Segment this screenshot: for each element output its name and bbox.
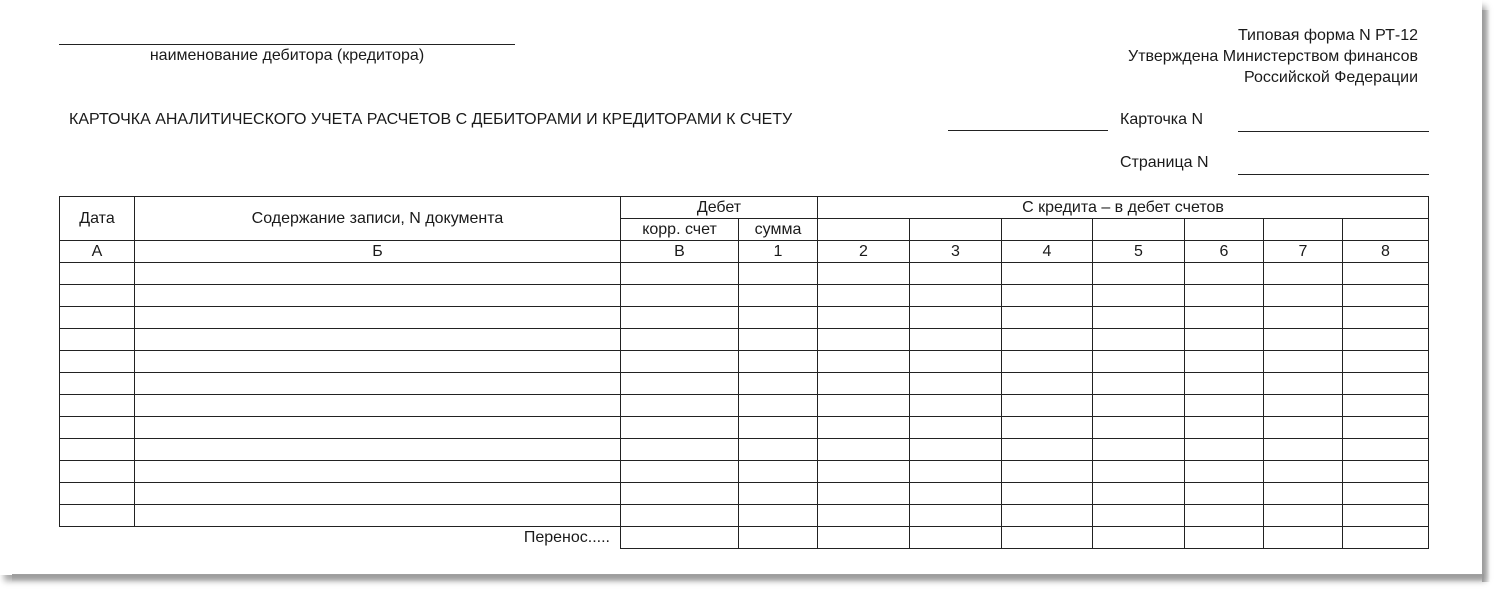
cell-date[interactable] — [60, 373, 135, 395]
cell-credit-6[interactable] — [1185, 417, 1264, 439]
cell-credit-6[interactable] — [1185, 439, 1264, 461]
cell-credit-2[interactable] — [818, 417, 910, 439]
cell-credit-8[interactable] — [1343, 351, 1429, 373]
cell-credit-5[interactable] — [1093, 263, 1185, 285]
cell-content[interactable] — [135, 505, 621, 527]
table-row — [60, 373, 1429, 395]
page-number-field[interactable] — [1238, 174, 1429, 175]
cell-debit-sum[interactable] — [739, 351, 818, 373]
cell-credit-6[interactable] — [1185, 461, 1264, 483]
form-info: Типовая форма N РТ-12 Утверждена Министе… — [1128, 25, 1418, 88]
header-credit-account-4[interactable] — [1002, 219, 1093, 241]
cell-credit-6[interactable] — [1185, 307, 1264, 329]
cell-content[interactable] — [135, 329, 621, 351]
ledger-table: Дата Содержание записи, N документа Дебе… — [59, 196, 1429, 549]
cell-date[interactable] — [60, 351, 135, 373]
header-credit-account-7[interactable] — [1264, 219, 1343, 241]
column-code: 4 — [1002, 241, 1093, 263]
cell-credit-4[interactable] — [1002, 285, 1093, 307]
column-code: 3 — [910, 241, 1002, 263]
cell-credit-4[interactable] — [1002, 395, 1093, 417]
cell-date[interactable] — [60, 263, 135, 285]
cell-debit-sum[interactable] — [739, 505, 818, 527]
table-row — [60, 395, 1429, 417]
card-number-field[interactable] — [1238, 131, 1429, 132]
column-code: В — [621, 241, 739, 263]
cell-debit-sum[interactable] — [739, 439, 818, 461]
column-code: 8 — [1343, 241, 1429, 263]
transfer-cell[interactable] — [1343, 527, 1429, 549]
form-page: наименование дебитора (кредитора) Типова… — [0, 0, 1482, 575]
cell-debit-sum[interactable] — [739, 395, 818, 417]
table-row — [60, 329, 1429, 351]
cell-debit-sum[interactable] — [739, 307, 818, 329]
cell-credit-4[interactable] — [1002, 307, 1093, 329]
cell-credit-6[interactable] — [1185, 285, 1264, 307]
cell-credit-2[interactable] — [818, 307, 910, 329]
cell-date[interactable] — [60, 461, 135, 483]
paper-shadow-bottom — [12, 574, 1484, 582]
cell-date[interactable] — [60, 307, 135, 329]
form-number: Типовая форма N РТ-12 — [1128, 25, 1418, 46]
cell-content[interactable] — [135, 483, 621, 505]
cell-date[interactable] — [60, 285, 135, 307]
header-date: Дата — [60, 197, 135, 241]
cell-content[interactable] — [135, 439, 621, 461]
transfer-cell[interactable] — [1185, 527, 1264, 549]
cell-credit-4[interactable] — [1002, 461, 1093, 483]
cell-credit-6[interactable] — [1185, 373, 1264, 395]
cell-credit-5[interactable] — [1093, 285, 1185, 307]
cell-credit-6[interactable] — [1185, 505, 1264, 527]
card-number-label: Карточка N — [1120, 111, 1203, 129]
cell-credit-4[interactable] — [1002, 263, 1093, 285]
cell-credit-3[interactable] — [910, 483, 1002, 505]
cell-debit-sum[interactable] — [739, 483, 818, 505]
cell-debit-corr-account[interactable] — [621, 461, 739, 483]
cell-debit-corr-account[interactable] — [621, 329, 739, 351]
header-debit-corr-account: корр. счет — [621, 219, 739, 241]
debtor-name-caption: наименование дебитора (кредитора) — [59, 47, 515, 65]
cell-credit-4[interactable] — [1002, 373, 1093, 395]
cell-debit-corr-account[interactable] — [621, 263, 739, 285]
transfer-cell[interactable] — [1093, 527, 1185, 549]
cell-credit-4[interactable] — [1002, 329, 1093, 351]
header-credit-account-3[interactable] — [910, 219, 1002, 241]
column-code: Б — [135, 241, 621, 263]
cell-credit-4[interactable] — [1002, 483, 1093, 505]
header-debit-sum: сумма — [739, 219, 818, 241]
header-credit-account-2[interactable] — [818, 219, 910, 241]
cell-credit-3[interactable] — [910, 505, 1002, 527]
cell-credit-3[interactable] — [910, 417, 1002, 439]
column-code: 5 — [1093, 241, 1185, 263]
cell-credit-5[interactable] — [1093, 373, 1185, 395]
cell-debit-sum[interactable] — [739, 263, 818, 285]
cell-credit-7[interactable] — [1264, 395, 1343, 417]
cell-credit-7[interactable] — [1264, 505, 1343, 527]
transfer-cell[interactable] — [1002, 527, 1093, 549]
column-codes-row: А Б В 1 2 3 4 5 6 7 8 — [60, 241, 1429, 263]
cell-debit-corr-account[interactable] — [621, 285, 739, 307]
transfer-cell[interactable] — [739, 527, 818, 549]
cell-credit-8[interactable] — [1343, 439, 1429, 461]
cell-credit-2[interactable] — [818, 373, 910, 395]
form-approval: Утверждена Министерством финансов — [1128, 46, 1418, 67]
cell-debit-corr-account[interactable] — [621, 439, 739, 461]
cell-date[interactable] — [60, 505, 135, 527]
table-row — [60, 307, 1429, 329]
page-title: КАРТОЧКА АНАЛИТИЧЕСКОГО УЧЕТА РАСЧЕТОВ С… — [69, 111, 792, 129]
cell-credit-2[interactable] — [818, 285, 910, 307]
table-row — [60, 483, 1429, 505]
table-row — [60, 285, 1429, 307]
header-credit-group: С кредита – в дебет счетов — [818, 197, 1429, 219]
column-code: А — [60, 241, 135, 263]
cell-credit-7[interactable] — [1264, 285, 1343, 307]
cell-content[interactable] — [135, 263, 621, 285]
cell-credit-4[interactable] — [1002, 417, 1093, 439]
cell-debit-corr-account[interactable] — [621, 395, 739, 417]
transfer-label: Перенос..... — [135, 527, 621, 549]
cell-credit-6[interactable] — [1185, 395, 1264, 417]
cell-credit-8[interactable] — [1343, 505, 1429, 527]
cell-credit-8[interactable] — [1343, 263, 1429, 285]
cell-credit-3[interactable] — [910, 263, 1002, 285]
cell-content[interactable] — [135, 307, 621, 329]
transfer-cell[interactable] — [910, 527, 1002, 549]
header-content: Содержание записи, N документа — [135, 197, 621, 241]
cell-credit-8[interactable] — [1343, 483, 1429, 505]
debtor-name-field[interactable] — [59, 44, 515, 45]
cell-credit-6[interactable] — [1185, 351, 1264, 373]
column-code: 2 — [818, 241, 910, 263]
header-debit: Дебет — [621, 197, 818, 219]
cell-credit-2[interactable] — [818, 483, 910, 505]
transfer-cell[interactable] — [818, 527, 910, 549]
cell-credit-6[interactable] — [1185, 483, 1264, 505]
transfer-spacer — [60, 527, 135, 549]
cell-credit-3[interactable] — [910, 329, 1002, 351]
cell-debit-sum[interactable] — [739, 285, 818, 307]
page-number-label: Страница N — [1120, 154, 1209, 172]
cell-debit-corr-account[interactable] — [621, 351, 739, 373]
table-row — [60, 505, 1429, 527]
cell-credit-7[interactable] — [1264, 307, 1343, 329]
cell-debit-corr-account[interactable] — [621, 483, 739, 505]
cell-debit-corr-account[interactable] — [621, 505, 739, 527]
cell-debit-sum[interactable] — [739, 373, 818, 395]
cell-content[interactable] — [135, 351, 621, 373]
cell-debit-corr-account[interactable] — [621, 307, 739, 329]
cell-credit-7[interactable] — [1264, 461, 1343, 483]
cell-credit-2[interactable] — [818, 461, 910, 483]
cell-debit-corr-account[interactable] — [621, 373, 739, 395]
paper-shadow-right — [1482, 10, 1490, 582]
cell-content[interactable] — [135, 417, 621, 439]
form-approval-country: Российской Федерации — [1128, 67, 1418, 88]
cell-credit-3[interactable] — [910, 285, 1002, 307]
cell-credit-8[interactable] — [1343, 395, 1429, 417]
cell-credit-2[interactable] — [818, 329, 910, 351]
cell-credit-5[interactable] — [1093, 483, 1185, 505]
table-row — [60, 439, 1429, 461]
cell-credit-5[interactable] — [1093, 461, 1185, 483]
cell-credit-7[interactable] — [1264, 263, 1343, 285]
cell-credit-8[interactable] — [1343, 417, 1429, 439]
cell-content[interactable] — [135, 461, 621, 483]
cell-credit-5[interactable] — [1093, 505, 1185, 527]
header-credit-account-6[interactable] — [1185, 219, 1264, 241]
cell-date[interactable] — [60, 417, 135, 439]
cell-credit-8[interactable] — [1343, 307, 1429, 329]
cell-date[interactable] — [60, 395, 135, 417]
column-code: 1 — [739, 241, 818, 263]
cell-credit-7[interactable] — [1264, 439, 1343, 461]
cell-credit-7[interactable] — [1264, 329, 1343, 351]
cell-date[interactable] — [60, 483, 135, 505]
cell-date[interactable] — [60, 439, 135, 461]
cell-credit-6[interactable] — [1185, 263, 1264, 285]
cell-credit-5[interactable] — [1093, 439, 1185, 461]
column-code: 7 — [1264, 241, 1343, 263]
column-code: 6 — [1185, 241, 1264, 263]
cell-credit-3[interactable] — [910, 351, 1002, 373]
cell-credit-7[interactable] — [1264, 483, 1343, 505]
table-row — [60, 461, 1429, 483]
table-row — [60, 417, 1429, 439]
cell-credit-5[interactable] — [1093, 329, 1185, 351]
cell-credit-3[interactable] — [910, 307, 1002, 329]
cell-credit-3[interactable] — [910, 461, 1002, 483]
cell-credit-4[interactable] — [1002, 439, 1093, 461]
cell-credit-7[interactable] — [1264, 373, 1343, 395]
cell-debit-sum[interactable] — [739, 417, 818, 439]
cell-credit-2[interactable] — [818, 351, 910, 373]
account-number-field[interactable] — [948, 130, 1108, 131]
cell-credit-3[interactable] — [910, 439, 1002, 461]
cell-credit-2[interactable] — [818, 395, 910, 417]
cell-credit-7[interactable] — [1264, 351, 1343, 373]
cell-credit-8[interactable] — [1343, 373, 1429, 395]
cell-credit-2[interactable] — [818, 263, 910, 285]
header-credit-account-8[interactable] — [1343, 219, 1429, 241]
transfer-row: Перенос..... — [60, 527, 1429, 549]
table-row — [60, 351, 1429, 373]
cell-credit-5[interactable] — [1093, 307, 1185, 329]
cell-credit-4[interactable] — [1002, 505, 1093, 527]
cell-credit-5[interactable] — [1093, 395, 1185, 417]
cell-credit-8[interactable] — [1343, 285, 1429, 307]
cell-credit-6[interactable] — [1185, 329, 1264, 351]
cell-debit-sum[interactable] — [739, 329, 818, 351]
transfer-cell[interactable] — [1264, 527, 1343, 549]
cell-content[interactable] — [135, 285, 621, 307]
cell-credit-4[interactable] — [1002, 351, 1093, 373]
cell-debit-sum[interactable] — [739, 461, 818, 483]
cell-credit-7[interactable] — [1264, 417, 1343, 439]
table-row — [60, 263, 1429, 285]
cell-credit-5[interactable] — [1093, 351, 1185, 373]
cell-credit-8[interactable] — [1343, 461, 1429, 483]
cell-credit-2[interactable] — [818, 439, 910, 461]
cell-debit-corr-account[interactable] — [621, 417, 739, 439]
transfer-cell[interactable] — [621, 527, 739, 549]
cell-content[interactable] — [135, 373, 621, 395]
cell-credit-2[interactable] — [818, 505, 910, 527]
cell-date[interactable] — [60, 329, 135, 351]
header-credit-account-5[interactable] — [1093, 219, 1185, 241]
cell-credit-5[interactable] — [1093, 417, 1185, 439]
cell-credit-3[interactable] — [910, 395, 1002, 417]
header-row-1: Дата Содержание записи, N документа Дебе… — [60, 197, 1429, 219]
cell-content[interactable] — [135, 395, 621, 417]
cell-credit-3[interactable] — [910, 373, 1002, 395]
cell-credit-8[interactable] — [1343, 329, 1429, 351]
